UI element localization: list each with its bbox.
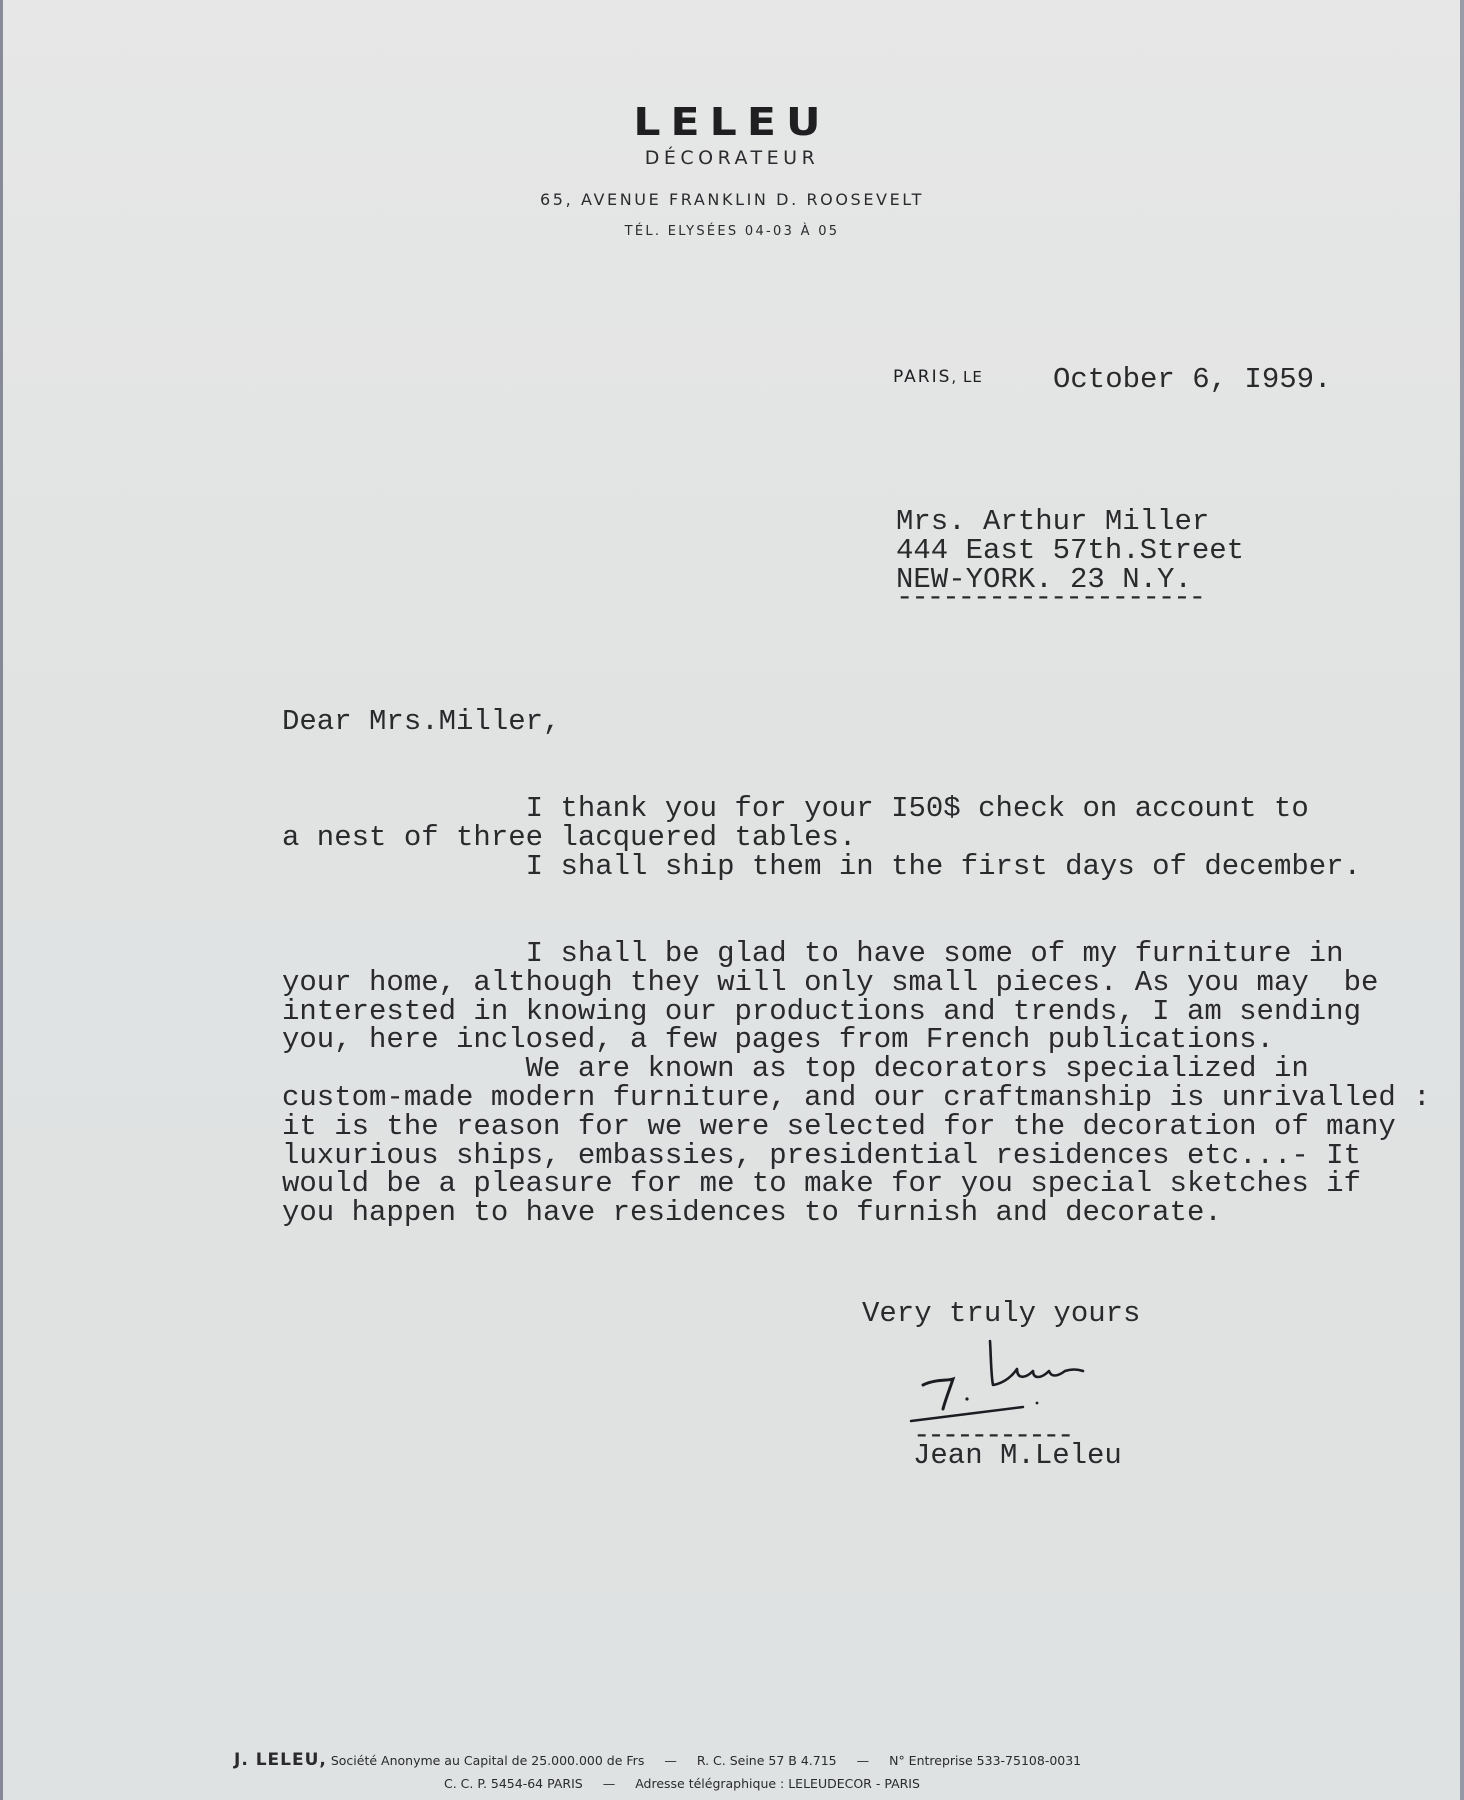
letter-date: October 6, I959. (1053, 366, 1331, 395)
footer-sep-1: — (664, 1753, 677, 1768)
paper-edge-right (1460, 0, 1464, 1800)
footer-sep-3: — (603, 1776, 616, 1791)
recipient-name: Mrs. Arthur Miller (896, 508, 1244, 537)
footer-sep-2: — (857, 1753, 870, 1768)
recipient-street: 444 East 57th.Street (896, 537, 1244, 566)
dateline-le: , LE (951, 368, 982, 386)
handwritten-signature-icon (905, 1335, 1135, 1425)
footer-enterprise: N° Entreprise 533-75108-0031 (889, 1753, 1081, 1768)
closing: Very truly yours (862, 1300, 1140, 1329)
dateline-city: PARIS, LE (893, 367, 983, 387)
paper-edge-left (0, 0, 3, 1800)
dateline-city-name: PARIS (893, 367, 951, 387)
signature-name: Jean M.Leleu (913, 1442, 1122, 1471)
letterhead-subtitle: DÉCORATEUR (0, 147, 1464, 169)
letterhead-phone: TÉL. ELYSÉES 04-03 À 05 (0, 224, 1464, 239)
footer-line-2: C. C. P. 5454-64 PARIS—Adresse télégraph… (444, 1776, 1464, 1791)
recipient-underline: -------------------- (896, 584, 1204, 613)
footer-telegraph: Adresse télégraphique : LELEUDECOR - PAR… (635, 1776, 920, 1791)
footer-firm: J. LELEU, (234, 1750, 327, 1770)
footer-ccp: C. C. P. 5454-64 PARIS (444, 1776, 583, 1791)
letterhead-address: 65, AVENUE FRANKLIN D. ROOSEVELT (0, 190, 1464, 209)
salutation: Dear Mrs.Miller, (282, 708, 560, 737)
letter-paper (0, 0, 1464, 1800)
letterhead-brand: LELEU (0, 100, 1464, 144)
footer-line-1: J. LELEU, Société Anonyme au Capital de … (234, 1750, 1464, 1770)
body-paragraph-2: I shall be glad to have some of my furni… (282, 940, 1431, 1228)
footer-company: Société Anonyme au Capital de 25.000.000… (331, 1753, 645, 1768)
body-paragraph-1: I thank you for your I50$ check on accou… (282, 795, 1361, 881)
footer-registry: R. C. Seine 57 B 4.715 (697, 1753, 837, 1768)
